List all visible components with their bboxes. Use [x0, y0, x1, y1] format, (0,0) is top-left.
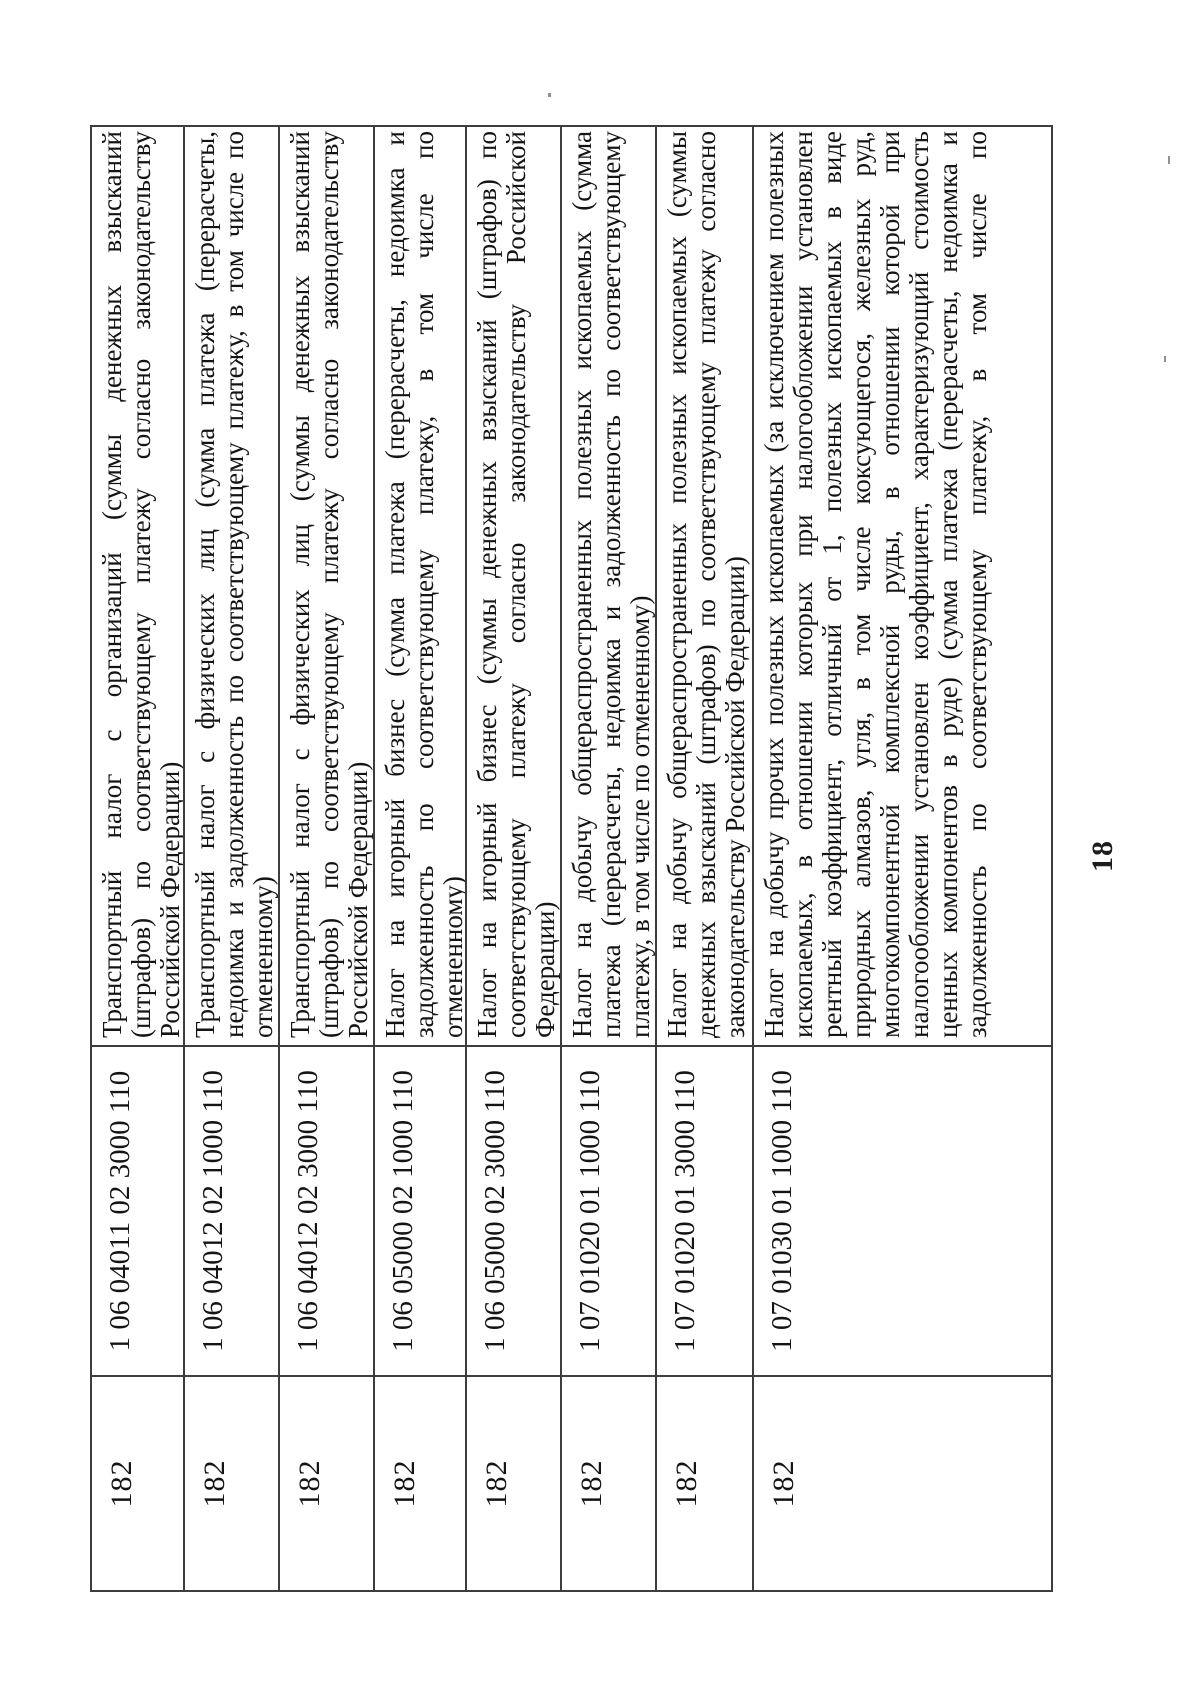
table-row: 182 1 06 05000 02 1000 110 Налог на игор… [375, 127, 467, 1590]
name-line: Транспортный налог с физических лиц (сум… [286, 131, 315, 1038]
name-line: платежу, в том числе по отмененному) [626, 131, 655, 1038]
name-line: денежных взысканий (штрафов) по соответс… [692, 131, 721, 1038]
name-line: Налог на игорный бизнес (сумма платежа (… [381, 131, 410, 1038]
admin-code-cell: 182 [92, 1375, 183, 1590]
kbk-code-cell: 1 07 01020 01 3000 110 [657, 1045, 752, 1375]
rotated-page-content: 182 1 06 04011 02 3000 110 Транспортный … [0, 0, 1200, 1691]
scan-speck [548, 93, 551, 97]
table-row: 182 1 07 01030 01 1000 110 Налог на добы… [754, 127, 1051, 1590]
name-line: Российской Федерации) [156, 131, 183, 1038]
name-cell: Налог на игорный бизнес (сумма платежа (… [375, 127, 465, 1045]
scan-speck [1168, 156, 1170, 164]
name-line: Налог на игорный бизнес (суммы денежных … [473, 131, 502, 1038]
name-cell: Налог на добычу прочих полезных ископаем… [754, 127, 1051, 1045]
name-line: Налог на добычу общераспространенных пол… [663, 131, 692, 1038]
name-line: Налог на добычу прочих полезных ископаем… [760, 131, 789, 1038]
scanned-document-page: 182 1 06 04011 02 3000 110 Транспортный … [0, 0, 1200, 1691]
kbk-code-cell: 1 06 05000 02 1000 110 [375, 1045, 465, 1375]
name-cell: Транспортный налог с физических лиц (сум… [280, 127, 373, 1045]
table-row: 182 1 06 04011 02 3000 110 Транспортный … [92, 127, 185, 1590]
scan-speck [1164, 356, 1166, 362]
name-line: Транспортный налог с физических лиц (сум… [191, 131, 220, 1038]
name-line: многокомпонентной комплексной руды, в от… [876, 131, 905, 1038]
table-row: 182 1 07 01020 01 3000 110 Налог на добы… [657, 127, 754, 1590]
kbk-code-cell: 1 06 04012 02 3000 110 [280, 1045, 373, 1375]
name-line: ценных компонентов в руде) (сумма платеж… [934, 131, 963, 1038]
table-row: 182 1 06 04012 02 3000 110 Транспортный … [280, 127, 375, 1590]
name-line: платежа (перерасчеты, недоимка и задолже… [597, 131, 626, 1038]
admin-code-cell: 182 [657, 1375, 752, 1590]
table-row: 182 1 07 01020 01 1000 110 Налог на добы… [562, 127, 657, 1590]
name-line: задолженность по соответствующему платеж… [963, 131, 992, 1038]
name-line: Транспортный налог с организаций (суммы … [98, 131, 127, 1038]
name-cell: Налог на игорный бизнес (суммы денежных … [467, 127, 560, 1045]
name-line: отмененному) [249, 131, 278, 1038]
kbk-code-cell: 1 06 05000 02 3000 110 [467, 1045, 560, 1375]
name-line: налогообложении установлен коэффициент, … [905, 131, 934, 1038]
name-line: (штрафов) по соответствующему платежу со… [127, 131, 156, 1038]
name-line: Налог на добычу общераспространенных пол… [568, 131, 597, 1038]
admin-code-cell: 182 [185, 1375, 278, 1590]
name-line: ископаемых, в отношении которых при нало… [789, 131, 818, 1038]
table-row: 182 1 06 04012 02 1000 110 Транспортный … [185, 127, 280, 1590]
kbk-code-cell: 1 07 01020 01 1000 110 [562, 1045, 655, 1375]
name-line: Федерации) [531, 131, 560, 1038]
name-cell: Транспортный налог с организаций (суммы … [92, 127, 183, 1045]
name-line: законодательству Российской Федерации) [721, 131, 750, 1038]
kbk-code-cell: 1 06 04011 02 3000 110 [92, 1045, 183, 1375]
admin-code-cell: 182 [562, 1375, 655, 1590]
name-line: Российской Федерации) [344, 131, 373, 1038]
kbk-table: 182 1 06 04011 02 3000 110 Транспортный … [90, 125, 1053, 1592]
name-line: рентный коэффициент, отличный от 1, поле… [818, 131, 847, 1038]
table-row: 182 1 06 05000 02 3000 110 Налог на игор… [467, 127, 562, 1590]
name-cell: Налог на добычу общераспространенных пол… [657, 127, 752, 1045]
name-cell: Налог на добычу общераспространенных пол… [562, 127, 655, 1045]
name-line: недоимка и задолженность по соответствую… [220, 131, 249, 1038]
admin-code-cell: 182 [375, 1375, 465, 1590]
name-line: задолженность по соответствующему платеж… [410, 131, 439, 1038]
name-line: отмененному) [439, 131, 465, 1038]
page-number: 18 [1086, 821, 1120, 891]
admin-code-cell: 182 [280, 1375, 373, 1590]
admin-code-cell: 182 [754, 1375, 1051, 1590]
kbk-code-cell: 1 06 04012 02 1000 110 [185, 1045, 278, 1375]
admin-code-cell: 182 [467, 1375, 560, 1590]
name-cell: Транспортный налог с физических лиц (сум… [185, 127, 278, 1045]
kbk-code-cell: 1 07 01030 01 1000 110 [754, 1045, 1051, 1375]
name-line: (штрафов) по соответствующему платежу со… [315, 131, 344, 1038]
name-line: природных алмазов, угля, в том числе кок… [847, 131, 876, 1038]
name-line: соответствующему платежу согласно законо… [502, 131, 531, 1038]
